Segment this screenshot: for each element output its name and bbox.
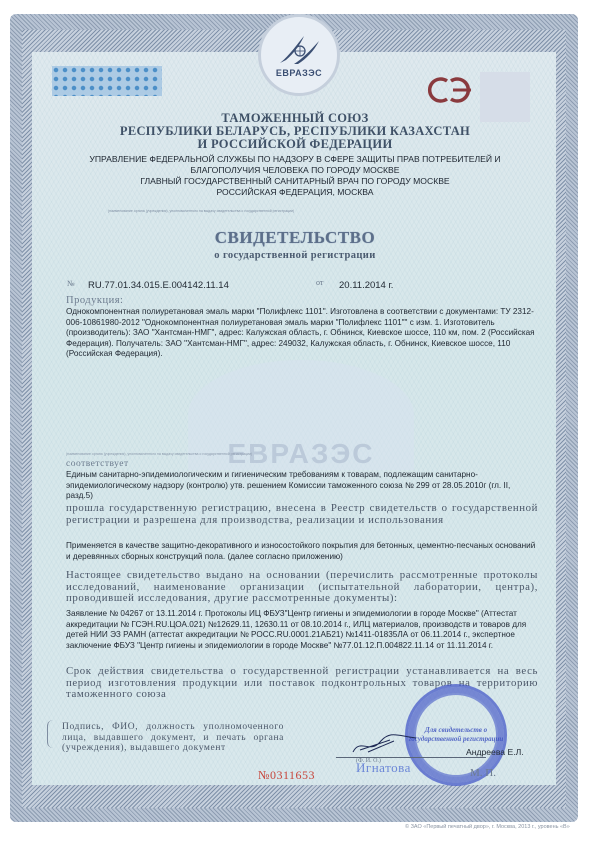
emblem-text: ЕВРАЗЭС — [276, 68, 322, 78]
authority-line-1: УПРАВЛЕНИЕ ФЕДЕРАЛЬНОЙ СЛУЖБЫ ПО НАДЗОРУ… — [40, 154, 550, 165]
stamp-text: Для свидетельств о государственной регис… — [408, 726, 504, 744]
printer-imprint: © ЗАО «Первый печатный двор», г. Москва,… — [405, 824, 570, 830]
union-line-3: И РОССИЙСКОЙ ФЕДЕРАЦИИ — [40, 138, 550, 151]
hologram-strip — [52, 66, 162, 96]
application-text: Применяется в качестве защитно-декоратив… — [66, 541, 536, 562]
issuing-authority: УПРАВЛЕНИЕ ФЕДЕРАЛЬНОЙ СЛУЖБЫ ПО НАДЗОРУ… — [40, 154, 550, 198]
eurasec-emblem-icon — [276, 33, 322, 67]
number-label: № — [67, 279, 75, 288]
registration-date: 20.11.2014 г. — [339, 280, 393, 291]
compliance-heading: соответствует — [66, 459, 129, 469]
date-label: от — [316, 278, 323, 287]
eurasec-emblem: ЕВРАЗЭС — [258, 14, 340, 96]
customs-union-heading: ТАМОЖЕННЫЙ СОЮЗ РЕСПУБЛИКИ БЕЛАРУСЬ, РЕС… — [40, 112, 550, 151]
basis-heading: Настоящее свидетельство выдано на основа… — [66, 570, 538, 605]
form-serial-number: №0311653 — [258, 768, 315, 783]
authority-line-3: ГЛАВНЫЙ ГОСУДАРСТВЕННЫЙ САНИТАРНЫЙ ВРАЧ … — [40, 176, 550, 187]
signature-bracket — [47, 720, 58, 748]
registration-statement: прошла государственную регистрацию, внес… — [66, 503, 538, 526]
authority-line-4: РОССИЙСКАЯ ФЕДЕРАЦИЯ, МОСКВА — [40, 187, 550, 198]
basis-documents: Заявление № 04267 от 13.11.2014 г. Прото… — [66, 609, 536, 651]
registration-number: RU.77.01.34.015.Е.004142.11.14 — [88, 280, 229, 291]
compliance-text: Единым санитарно-эпидемиологическим и ги… — [66, 470, 536, 502]
signature-caption: Подпись, ФИО, должность уполномоченного … — [62, 722, 284, 754]
handwritten-signature-icon — [350, 732, 420, 756]
authority-line-2: БЛАГОПОЛУЧИЯ ЧЕЛОВЕКА ПО ГОРОДУ МОСКВЕ — [40, 165, 550, 176]
product-description: Однокомпонентная полиуретановая эмаль ма… — [66, 307, 536, 360]
handwritten-name: Игнатова — [356, 760, 411, 776]
product-heading: Продукция: — [66, 295, 123, 306]
authority-fine-print: (наименование органа (учреждения), уполн… — [108, 209, 508, 214]
document-title: СВИДЕТЕЛЬСТВО — [40, 228, 550, 248]
seal-place-label: М. П. — [470, 767, 496, 779]
signatory-name: Андреева Е.Л. — [466, 747, 524, 757]
se-conformity-mark-icon — [421, 74, 477, 106]
product-fine-print-rule: (наименование органа (учреждения), уполн… — [66, 452, 540, 456]
document-subtitle: о государственной регистрации — [40, 250, 550, 261]
